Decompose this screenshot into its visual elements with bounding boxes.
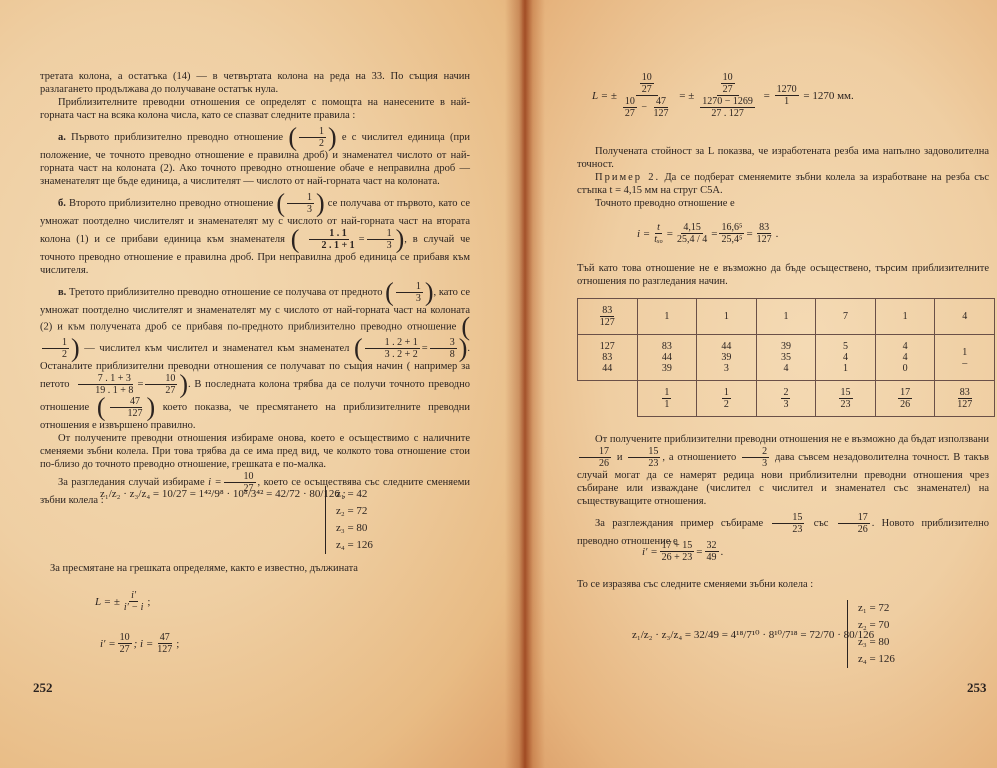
paragraph: третата колона, а остатъка (14) — в четв… <box>40 70 470 96</box>
i-calculation: i = ttₓₒ= 4,1525,4 / 4= 16,6⁵25,4⁵= 8312… <box>637 222 778 245</box>
right-text-block-1: Получената стойност за L показва, че изр… <box>577 145 989 210</box>
paragraph: Тъй като това отношение не е възможно да… <box>577 262 989 288</box>
left-page: третата колона, а остатъка (14) — в четв… <box>0 0 522 768</box>
book-spine <box>505 0 545 768</box>
formula-L: L = ± i′i′ − i ; <box>95 590 150 613</box>
table-row: 1278344 834439 44393 39354 541 440 1– <box>578 335 995 381</box>
i-new-formula: i′ = 17 + 1526 + 23= 3249. <box>642 540 723 563</box>
rule-b: б. Второто приблизително преводно отноше… <box>40 192 470 277</box>
paragraph: За пресмятане на грешката определяме, ка… <box>50 562 470 575</box>
gear-list-left: z₁ = 42 z₂ = 72 z₃ = 80 z₄ = 126 <box>325 486 373 554</box>
left-text-block: третата колона, а остатъка (14) — в четв… <box>40 70 470 507</box>
gear-list-right: z₁ = 72 z₂ = 70 z₃ = 80 z₄ = 126 <box>847 600 895 668</box>
rule-a: а. Първото приблизително преводно отноше… <box>40 126 470 188</box>
L-calculation: L = ± 1027 1027 − 47127 = ± 1027 1270 − … <box>592 72 854 119</box>
paragraph: То се изразява със следните сменяеми зъб… <box>577 578 989 591</box>
table-row: 11 12 23 1523 1726 83127 <box>578 381 995 417</box>
book-spread: третата колона, а остатъка (14) — в четв… <box>0 0 997 768</box>
right-text-block-2: От получените приблизителни преводни отн… <box>577 433 989 548</box>
page-number-right: 253 <box>967 680 987 696</box>
rule-v: в. Третото приблизително преводно отноше… <box>40 281 470 432</box>
formula-i: i′ = 1027 ; i = 47127 ; <box>100 632 179 655</box>
table-row: 83127 1 1 1 7 1 4 <box>578 299 995 335</box>
paragraph: Приблизителните преводни отношения се оп… <box>40 96 470 122</box>
page-number-left: 252 <box>33 680 53 696</box>
right-page: L = ± 1027 1027 − 47127 = ± 1027 1270 − … <box>522 0 997 768</box>
paragraph: От получените преводни отношения избирам… <box>40 432 470 471</box>
continued-fraction-table: 83127 1 1 1 7 1 4 1278344 834439 44393 3… <box>577 298 995 417</box>
gear-equation-right: z₁/z₂ · z₃/z₄ = 32/49 = 4¹⁸/7¹⁰ · 8¹⁰/7¹… <box>632 628 874 641</box>
gear-equation-left: z₁/z₂ · z₃/z₄ = 10/27 = 1⁴²/9⁸ · 10⁸/3⁴²… <box>100 488 346 500</box>
